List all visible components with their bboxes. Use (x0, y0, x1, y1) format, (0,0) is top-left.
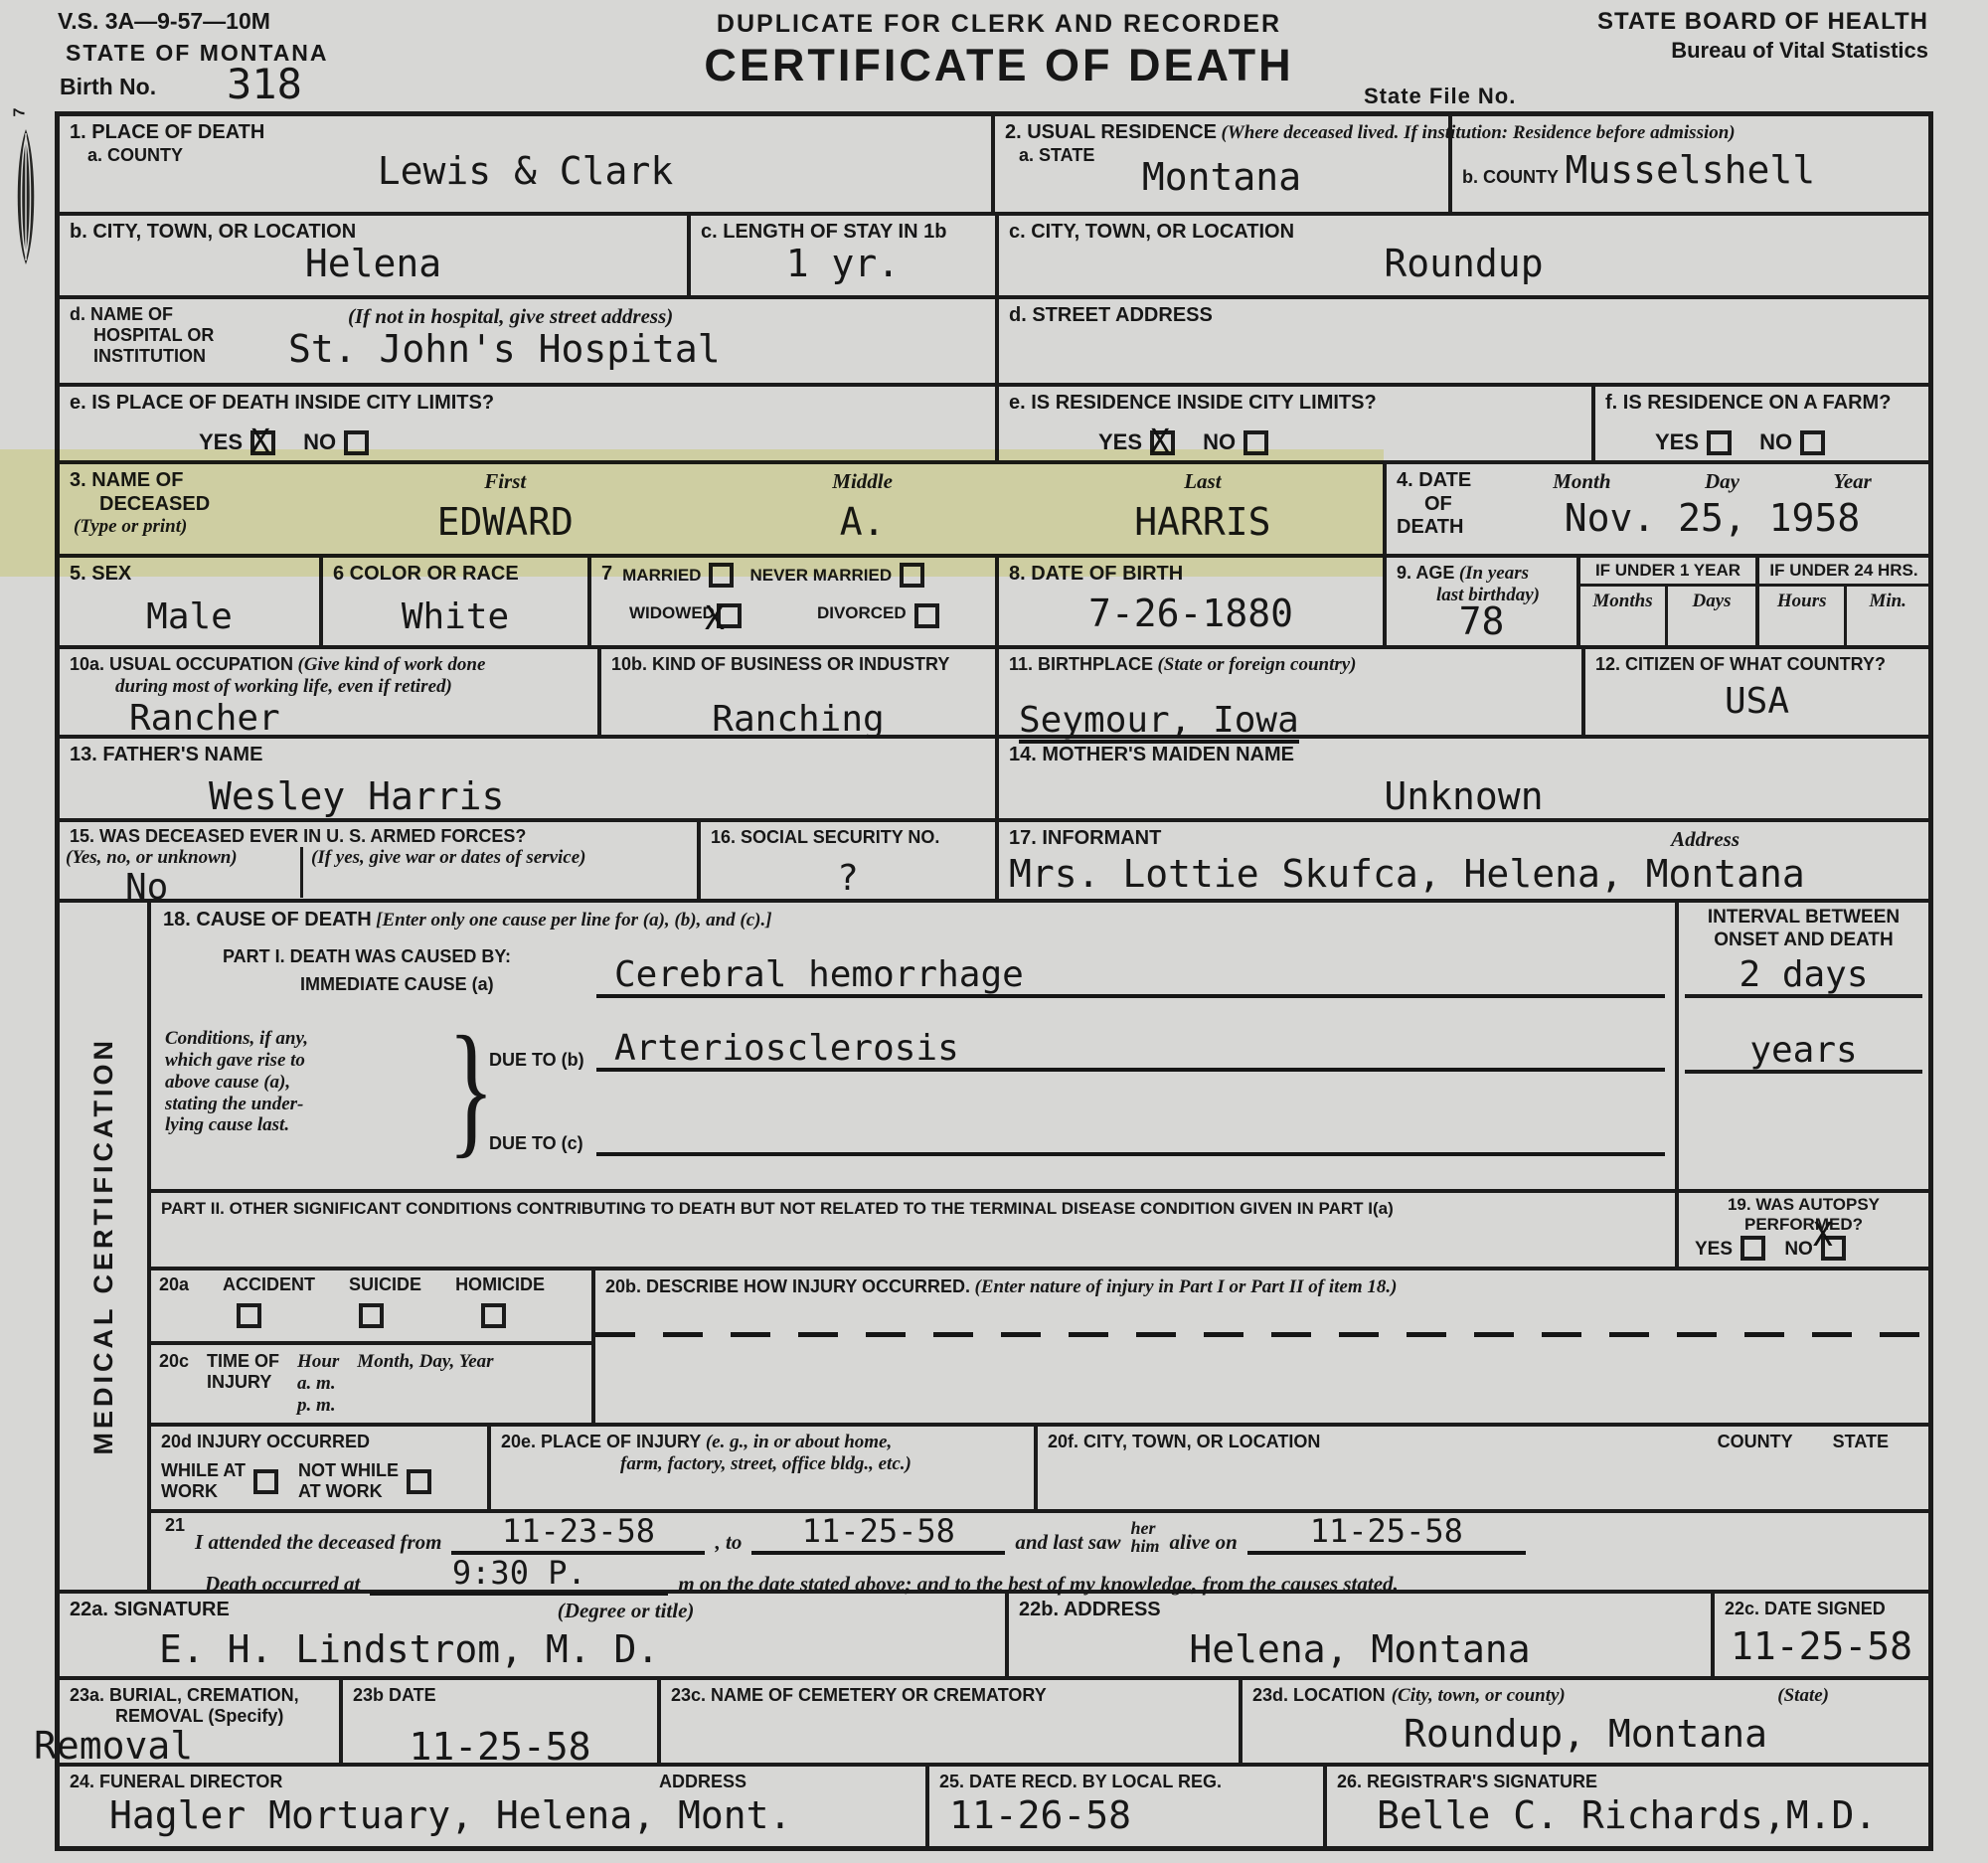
interval-column: INTERVAL BETWEEN ONSET AND DEATH 2 days … (1675, 903, 1928, 1189)
cause-of-death-main: 18. CAUSE OF DEATH [Enter only one cause… (151, 903, 1675, 1189)
forces-value: No (125, 869, 294, 907)
mother-label: 14. MOTHER'S MAIDEN NAME (1009, 744, 1918, 767)
row-city-limits: e. IS PLACE OF DEATH INSIDE CITY LIMITS?… (60, 387, 1928, 464)
widowed-label: WIDOWED (629, 603, 715, 628)
place-limits-yes-mark: X (250, 424, 270, 457)
medical-certification-content: 18. CAUSE OF DEATH [Enter only one cause… (151, 903, 1928, 1590)
while-at-work-label-1: WHILE AT (161, 1460, 246, 1481)
place-limits-yes-checkbox: X (250, 430, 275, 455)
place-limits-no-label: NO (303, 429, 336, 454)
father-label: 13. FATHER'S NAME (70, 744, 985, 767)
field-injury-occurred: 20d INJURY OCCURRED WHILE AT WORK NOT WH… (151, 1427, 491, 1509)
while-at-work-label-2: WORK (161, 1481, 246, 1502)
age-label: 9. AGE (1397, 563, 1454, 583)
farm-label: f. IS RESIDENCE ON A FARM? (1605, 392, 1918, 416)
autopsy-yes-label: YES (1695, 1239, 1733, 1260)
death-time-value: 9:30 P. (370, 1557, 668, 1597)
married-label: MARRIED (622, 566, 701, 586)
field-signer-address: 22b. ADDRESS Helena, Montana (1009, 1594, 1715, 1676)
occupation-hint-1: (Give kind of work done (298, 654, 486, 675)
suicide-label: SUICIDE (349, 1274, 421, 1295)
field-street-address: d. STREET ADDRESS (999, 299, 1928, 383)
field-age: 9. AGE (In years last birthday) 78 (1387, 558, 1580, 645)
dod-label-1: 4. DATE (1397, 469, 1506, 493)
registrar-value: Belle C. Richards,M.D. (1377, 1796, 1918, 1836)
field-name-of-deceased: 3. NAME OF DECEASED (Type or print) Firs… (60, 464, 1387, 554)
birthplace-hint: (State or foreign country) (1157, 654, 1356, 675)
field-occupation: 10a. USUAL OCCUPATION (Give kind of work… (60, 649, 601, 735)
first-name-value: EDWARD (318, 503, 692, 543)
cause-label: 18. CAUSE OF DEATH (163, 909, 372, 931)
birth-no-value: 318 (227, 60, 302, 108)
immediate-cause-label: IMMEDIATE CAUSE (a) (300, 974, 494, 995)
form-code: V.S. 3A—9-57—10M (58, 8, 270, 35)
place-of-death-title: 1. PLACE OF DEATH (70, 121, 981, 145)
page-title: CERTIFICATE OF DEATH (676, 40, 1322, 91)
burial-value: Removal (34, 1727, 329, 1767)
field-burial-type: 23a. BURIAL, CREMATION, REMOVAL (Specify… (60, 1680, 343, 1763)
farm-yes-label: YES (1655, 429, 1699, 454)
signature-value: E. H. Lindstrom, M. D. (159, 1630, 995, 1670)
forces-hint-1: (Yes, no, or unknown) (66, 847, 294, 869)
time-of-injury-label-2: INJURY (207, 1372, 279, 1393)
row-place-residence-1: 1. PLACE OF DEATH a. COUNTY Lewis & Clar… (60, 116, 1928, 216)
accident-checkbox (237, 1303, 261, 1328)
edge-ornament-icon (6, 127, 46, 266)
min-header: Min. (1847, 591, 1928, 612)
attended-text-2: and last saw (1015, 1530, 1120, 1554)
field-burial-date: 23b DATE 11-25-58 (343, 1680, 661, 1763)
certificate-form: 1. PLACE OF DEATH a. COUNTY Lewis & Clar… (55, 111, 1933, 1851)
place-of-injury-label: 20e. PLACE OF INJURY (501, 1432, 701, 1451)
attended-text-3: alive on (1170, 1530, 1238, 1554)
middle-name-header: Middle (692, 469, 1032, 493)
attended-text-1: I attended the deceased from (195, 1530, 441, 1554)
never-married-label: NEVER MARRIED (749, 566, 892, 586)
row-cause-of-death: 18. CAUSE OF DEATH [Enter only one cause… (151, 903, 1928, 1193)
suicide-checkbox (359, 1303, 384, 1328)
cause-a-value: Cerebral hemorrhage (614, 956, 1024, 994)
dod-label-2: OF (1424, 493, 1506, 517)
autopsy-no-label: NO (1784, 1239, 1813, 1260)
death-occurred-label: Death occurred at (205, 1572, 360, 1596)
dod-year-header: Year (1833, 469, 1872, 493)
describe-injury-hint: (Enter nature of injury in Part I or Par… (975, 1276, 1398, 1297)
autopsy-yes-checkbox (1740, 1236, 1765, 1261)
place-limits-label: e. IS PLACE OF DEATH INSIDE CITY LIMITS? (70, 392, 985, 416)
dod-label-3: DEATH (1397, 516, 1506, 540)
injury-20c-number: 20c (159, 1351, 189, 1417)
residence-limits-yes-checkbox: X (1150, 430, 1175, 455)
pm-label: p. m. (297, 1395, 339, 1417)
attended-from-value: 11-23-58 (451, 1515, 705, 1555)
field-father: 13. FATHER'S NAME Wesley Harris (60, 739, 999, 818)
burial-date-value: 11-25-58 (353, 1728, 647, 1768)
date-signed-label: 22c. DATE SIGNED (1725, 1599, 1918, 1619)
married-checkbox (709, 563, 734, 588)
burial-location-label: 23d. LOCATION (1252, 1685, 1386, 1707)
place-limits-no-checkbox (344, 430, 369, 455)
ssn-value: ? (711, 860, 985, 898)
dob-label: 8. DATE OF BIRTH (1009, 563, 1373, 587)
hour-label: Hour (297, 1351, 339, 1373)
medical-certification-label: MEDICAL CERTIFICATION (88, 1037, 119, 1455)
business-label: 10b. KIND OF BUSINESS OR INDUSTRY (611, 654, 985, 675)
edge-numeral: 7 (11, 108, 29, 117)
residence-city-value: Roundup (1009, 245, 1918, 284)
residence-county-value: Musselshell (1565, 148, 1815, 192)
residence-limits-yes-mark: X (1150, 424, 1170, 457)
field-signature: 22a. SIGNATURE (Degree or title) E. H. L… (60, 1594, 1009, 1676)
place-limits-yes-label: YES (199, 429, 243, 454)
field-registrar: 26. REGISTRAR'S SIGNATURE Belle C. Richa… (1327, 1767, 1928, 1846)
board-line2: Bureau of Vital Statistics (1671, 38, 1928, 64)
row-occupation: 10a. USUAL OCCUPATION (Give kind of work… (60, 649, 1928, 739)
under-24-hrs-header: IF UNDER 24 HRS. (1759, 558, 1928, 587)
forces-label: 15. WAS DECEASED EVER IN U. S. ARMED FOR… (60, 822, 697, 847)
row-part2-autopsy: PART II. OTHER SIGNIFICANT CONDITIONS CO… (151, 1193, 1928, 1270)
dob-value: 7-26-1880 (1009, 594, 1373, 634)
interval-a-value: 2 days (1739, 956, 1868, 994)
interval-label-1: INTERVAL BETWEEN (1685, 907, 1922, 930)
hospital-hint: (If not in hospital, give street address… (348, 304, 985, 328)
field-armed-forces: 15. WAS DECEASED EVER IN U. S. ARMED FOR… (60, 822, 701, 899)
conditions-note-5: lying cause last. (165, 1114, 308, 1136)
conditions-note-1: Conditions, if any, (165, 1028, 308, 1050)
cause-b-line: Arteriosclerosis (596, 1024, 1665, 1072)
row-name-dod: 3. NAME OF DECEASED (Type or print) Firs… (60, 464, 1928, 558)
cause-a-line: Cerebral hemorrhage (596, 952, 1665, 998)
field-citizen: 12. CITIZEN OF WHAT COUNTRY? USA (1585, 649, 1928, 735)
injury-20a-number: 20a (159, 1274, 189, 1295)
row-funeral-registrar: 24. FUNERAL DIRECTOR ADDRESS Hagler Mort… (60, 1767, 1928, 1846)
stay-value: 1 yr. (701, 245, 985, 284)
field-length-of-stay: c. LENGTH OF STAY IN 1b 1 yr. (691, 216, 999, 295)
form-header: V.S. 3A—9-57—10M STATE OF MONTANA Birth … (0, 0, 1988, 111)
farm-yes-checkbox (1707, 430, 1732, 455)
attended-text-4: m on the date stated above; and to the b… (678, 1572, 1398, 1596)
informant-address-label: Address (1671, 827, 1739, 851)
interval-b-value: years (1749, 1032, 1857, 1070)
citizen-value: USA (1595, 683, 1918, 721)
burial-location-hint: (City, town, or county) (1392, 1685, 1566, 1707)
row-attended: 21 I attended the deceased from 11-23-58… (151, 1513, 1928, 1590)
residence-title: 2. USUAL RESIDENCE (1005, 121, 1217, 143)
conditions-note-2: which gave rise to (165, 1050, 308, 1072)
place-of-injury-hint-1: (e. g., in or about home, (706, 1432, 892, 1452)
field-race: 6 COLOR OR RACE White (323, 558, 591, 645)
describe-injury-label: 20b. DESCRIBE HOW INJURY OCCURRED. (605, 1276, 970, 1296)
divorced-checkbox (914, 603, 939, 628)
divorced-label: DIVORCED (817, 603, 907, 628)
am-label: a. m. (297, 1373, 339, 1395)
signature-hint: (Degree or title) (558, 1599, 695, 1622)
accident-label: ACCIDENT (223, 1274, 315, 1295)
field-residence-farm: f. IS RESIDENCE ON A FARM? YES NO (1595, 387, 1928, 460)
occupation-hint-2: during most of working life, even if ret… (115, 676, 587, 698)
field-describe-injury: 20b. DESCRIBE HOW INJURY OCCURRED. (Ente… (595, 1270, 1928, 1423)
dod-day-header: Day (1705, 469, 1739, 493)
row-parents: 13. FATHER'S NAME Wesley Harris 14. MOTH… (60, 739, 1928, 822)
months-header: Months (1580, 591, 1665, 612)
widowed-mark: X (705, 601, 725, 634)
signature-label: 22a. SIGNATURE (70, 1599, 230, 1622)
birthplace-label: 11. BIRTHPLACE (1009, 654, 1153, 674)
medical-certification-sidebar: MEDICAL CERTIFICATION (60, 903, 151, 1590)
burial-date-label: 23b DATE (353, 1685, 647, 1706)
field-birthplace: 11. BIRTHPLACE (State or foreign country… (999, 649, 1585, 735)
conditions-brace: } (448, 1014, 495, 1163)
field-burial-location: 23d. LOCATION (City, town, or county) (S… (1242, 1680, 1928, 1763)
row-place-residence-2: b. CITY, TOWN, OR LOCATION Helena c. LEN… (60, 216, 1928, 299)
autopsy-no-checkbox: X (1821, 1236, 1846, 1261)
row-signature: 22a. SIGNATURE (Degree or title) E. H. L… (60, 1594, 1928, 1680)
sex-label: 5. SEX (70, 563, 309, 587)
hospital-label-2: HOSPITAL OR (93, 325, 288, 346)
field-place-of-death-county: 1. PLACE OF DEATH a. COUNTY Lewis & Clar… (60, 116, 995, 212)
burial-label-1: 23a. BURIAL, CREMATION, (70, 1685, 329, 1706)
cause-b-value: Arteriosclerosis (614, 1030, 959, 1068)
informant-label: 17. INFORMANT (1009, 827, 1161, 851)
homicide-checkbox (481, 1303, 506, 1328)
field-date-of-birth: 8. DATE OF BIRTH 7-26-1880 (999, 558, 1387, 645)
field-place-city: b. CITY, TOWN, OR LOCATION Helena (60, 216, 691, 295)
burial-location-value: Roundup, Montana (1252, 1715, 1918, 1755)
dod-value: Nov. 25, 1958 (1506, 499, 1918, 539)
duplicate-line: DUPLICATE FOR CLERK AND RECORDER (711, 10, 1287, 39)
row-stats: 5. SEX Male 6 COLOR OR RACE White 7 MARR… (60, 558, 1928, 649)
part2-label: PART II. OTHER SIGNIFICANT CONDITIONS CO… (161, 1199, 1665, 1219)
race-label: 6 COLOR OR RACE (333, 563, 578, 587)
informant-value: Mrs. Lottie Skufca, Helena, Montana (1009, 855, 1918, 895)
field-sex: 5. SEX Male (60, 558, 323, 645)
board-line1: STATE BOARD OF HEALTH (1597, 8, 1928, 36)
field-mother: 14. MOTHER'S MAIDEN NAME Unknown (999, 739, 1928, 818)
dod-month-header: Month (1553, 469, 1610, 493)
while-at-work-checkbox (253, 1469, 278, 1494)
medical-certification-block: MEDICAL CERTIFICATION 18. CAUSE OF DEATH… (60, 903, 1928, 1594)
funeral-director-value: Hagler Mortuary, Helena, Mont. (109, 1796, 915, 1836)
state-file-no-label: State File No. (1364, 84, 1516, 109)
hospital-value: St. John's Hospital (288, 330, 985, 370)
field-if-under-1-year: IF UNDER 1 YEAR Months Days (1580, 558, 1759, 645)
attended-number: 21 (165, 1515, 185, 1536)
place-of-injury-hint-2: farm, factory, street, office bldg., etc… (620, 1453, 1024, 1475)
residence-limits-yes-label: YES (1098, 429, 1142, 454)
field-marital-status: 7 MARRIED NEVER MARRIED WIDOWEDX DIVORCE… (591, 558, 999, 645)
field-date-of-death: 4. DATE OF DEATH Month Day Year Nov. 25,… (1387, 464, 1928, 554)
death-certificate-scan: V.S. 3A—9-57—10M STATE OF MONTANA Birth … (0, 0, 1988, 1863)
occupation-value: Rancher (129, 700, 587, 738)
homicide-label: HOMICIDE (455, 1274, 545, 1295)
field-if-under-24-hrs: IF UNDER 24 HRS. Hours Min. (1759, 558, 1928, 645)
birth-no-label: Birth No. (60, 74, 156, 100)
field-residence-city: c. CITY, TOWN, OR LOCATION Roundup (999, 216, 1928, 295)
occupation-label: 10a. USUAL OCCUPATION (70, 654, 293, 674)
field-residence-city-limits: e. IS RESIDENCE INSIDE CITY LIMITS? YESX… (999, 387, 1595, 460)
field-cemetery: 23c. NAME OF CEMETERY OR CREMATORY (661, 1680, 1242, 1763)
part1-label: PART I. DEATH WAS CAUSED BY: (223, 946, 511, 967)
field-funeral-director: 24. FUNERAL DIRECTOR ADDRESS Hagler Mort… (60, 1767, 929, 1846)
describe-injury-dashed-line (595, 1332, 1922, 1337)
interval-label-2: ONSET AND DEATH (1685, 930, 1922, 952)
residence-limits-label: e. IS RESIDENCE INSIDE CITY LIMITS? (1009, 392, 1581, 416)
injury-state-label: STATE (1833, 1432, 1889, 1452)
hospital-label-3: INSTITUTION (93, 346, 288, 367)
farm-no-checkbox (1800, 430, 1825, 455)
autopsy-label-1: 19. WAS AUTOPSY (1685, 1195, 1922, 1215)
farm-no-label: NO (1759, 429, 1792, 454)
under-1-year-header: IF UNDER 1 YEAR (1580, 558, 1755, 587)
field-injury-city: 20f. CITY, TOWN, OR LOCATION COUNTY STAT… (1038, 1427, 1928, 1509)
business-value: Ranching (611, 701, 985, 739)
age-value: 78 (1397, 602, 1567, 642)
race-value: White (333, 598, 578, 636)
field-business: 10b. KIND OF BUSINESS OR INDUSTRY Ranchi… (601, 649, 999, 735)
row-hospital-street: d. NAME OF HOSPITAL OR INSTITUTION (If n… (60, 299, 1928, 387)
funeral-director-label: 24. FUNERAL DIRECTOR (70, 1772, 282, 1792)
field-accident-suicide-homicide: 20a ACCIDENT SUICIDE HOMICIDE (151, 1270, 591, 1345)
name-label-1: 3. NAME OF (70, 469, 318, 493)
hospital-label-1: d. NAME OF (70, 304, 288, 325)
middle-name-value: A. (692, 503, 1032, 543)
date-received-label: 25. DATE RECD. BY LOCAL REG. (939, 1772, 1313, 1792)
month-day-year-label: Month, Day, Year (357, 1351, 493, 1417)
date-signed-value: 11-25-58 (1725, 1627, 1918, 1667)
date-received-value: 11-26-58 (949, 1796, 1313, 1836)
citizen-label: 12. CITIZEN OF WHAT COUNTRY? (1595, 654, 1918, 675)
field-residence-county: b. COUNTY Musselshell (1452, 116, 1928, 212)
attended-to-value: 11-25-58 (751, 1515, 1005, 1555)
field-place-of-injury: 20e. PLACE OF INJURY (e. g., in or about… (491, 1427, 1038, 1509)
not-while-checkbox (407, 1469, 431, 1494)
not-while-label-2: AT WORK (298, 1481, 399, 1502)
attended-to-word: , to (715, 1530, 742, 1554)
time-of-injury-label-1: TIME OF (207, 1351, 279, 1372)
injury-city-label: 20f. CITY, TOWN, OR LOCATION (1048, 1432, 1320, 1452)
field-residence-state: 2. USUAL RESIDENCE (Where deceased lived… (995, 116, 1452, 212)
not-while-label-1: NOT WHILE (298, 1460, 399, 1481)
street-address-label: d. STREET ADDRESS (1009, 304, 1918, 328)
age-hint-1: (In years (1459, 563, 1529, 584)
funeral-director-address-label: ADDRESS (659, 1772, 746, 1792)
father-value: Wesley Harris (209, 777, 985, 817)
conditions-note-4: stating the under- (165, 1094, 308, 1115)
field-ssn: 16. SOCIAL SECURITY NO. ? (701, 822, 999, 899)
due-to-c-label: DUE TO (c) (489, 1133, 583, 1154)
days-header: Days (1668, 591, 1755, 612)
field-date-received: 25. DATE RECD. BY LOCAL REG. 11-26-58 (929, 1767, 1327, 1846)
mother-value: Unknown (1009, 777, 1918, 817)
field-date-signed: 22c. DATE SIGNED 11-25-58 (1715, 1594, 1928, 1676)
residence-county-label: b. COUNTY (1462, 167, 1559, 187)
name-label-3: (Type or print) (74, 516, 318, 538)
burial-state-hint: (State) (1777, 1685, 1829, 1707)
field-place-city-limits: e. IS PLACE OF DEATH INSIDE CITY LIMITS?… (60, 387, 999, 460)
last-name-value: HARRIS (1033, 503, 1373, 543)
him-label: him (1131, 1536, 1160, 1556)
forces-hint-2: (If yes, give war or dates of service) (311, 847, 689, 869)
due-to-b-label: DUE TO (b) (489, 1050, 584, 1071)
signer-address-value: Helena, Montana (1019, 1630, 1701, 1670)
row-burial: 23a. BURIAL, CREMATION, REMOVAL (Specify… (60, 1680, 1928, 1767)
place-county-value: Lewis & Clark (70, 152, 981, 192)
field-time-of-injury: 20c TIME OF INJURY Hour a. m. p. m. Mont… (151, 1345, 591, 1423)
residence-limits-no-label: NO (1203, 429, 1236, 454)
sex-value: Male (70, 598, 309, 636)
row-forces-ssn-informant: 15. WAS DECEASED EVER IN U. S. ARMED FOR… (60, 822, 1928, 903)
place-city-value: Helena (70, 245, 677, 284)
ssn-label: 16. SOCIAL SECURITY NO. (711, 827, 985, 848)
row-injury-top: 20a ACCIDENT SUICIDE HOMICIDE (151, 1270, 1928, 1427)
registrar-label: 26. REGISTRAR'S SIGNATURE (1337, 1772, 1918, 1792)
signer-address-label: 22b. ADDRESS (1019, 1599, 1701, 1622)
first-name-header: First (318, 469, 692, 493)
cause-c-line (596, 1116, 1665, 1156)
row-injury-bottom: 20d INJURY OCCURRED WHILE AT WORK NOT WH… (151, 1427, 1928, 1513)
field-autopsy: 19. WAS AUTOPSY PERFORMED? YES NOX (1675, 1193, 1928, 1266)
conditions-note-3: above cause (a), (165, 1072, 308, 1094)
marital-number: 7 (601, 563, 612, 587)
name-label-2: DECEASED (99, 493, 318, 517)
autopsy-no-mark: X (1813, 1218, 1833, 1251)
autopsy-label-2: PERFORMED? (1685, 1215, 1922, 1235)
hours-header: Hours (1759, 591, 1844, 612)
cemetery-label: 23c. NAME OF CEMETERY OR CREMATORY (671, 1685, 1229, 1706)
never-married-checkbox (900, 563, 924, 588)
field-informant: 17. INFORMANT Address Mrs. Lottie Skufca… (999, 822, 1928, 899)
widowed-checkbox: X (717, 603, 742, 628)
residence-limits-no-checkbox (1243, 430, 1268, 455)
cause-hint: [Enter only one cause per line for (a), … (376, 910, 771, 931)
last-name-header: Last (1033, 469, 1373, 493)
injury-county-label: COUNTY (1718, 1432, 1793, 1452)
injury-occurred-label: 20d INJURY OCCURRED (161, 1432, 477, 1452)
field-hospital: d. NAME OF HOSPITAL OR INSTITUTION (If n… (60, 299, 999, 383)
last-alive-value: 11-25-58 (1247, 1515, 1526, 1555)
birthplace-value: Seymour, Iowa (1019, 702, 1299, 744)
